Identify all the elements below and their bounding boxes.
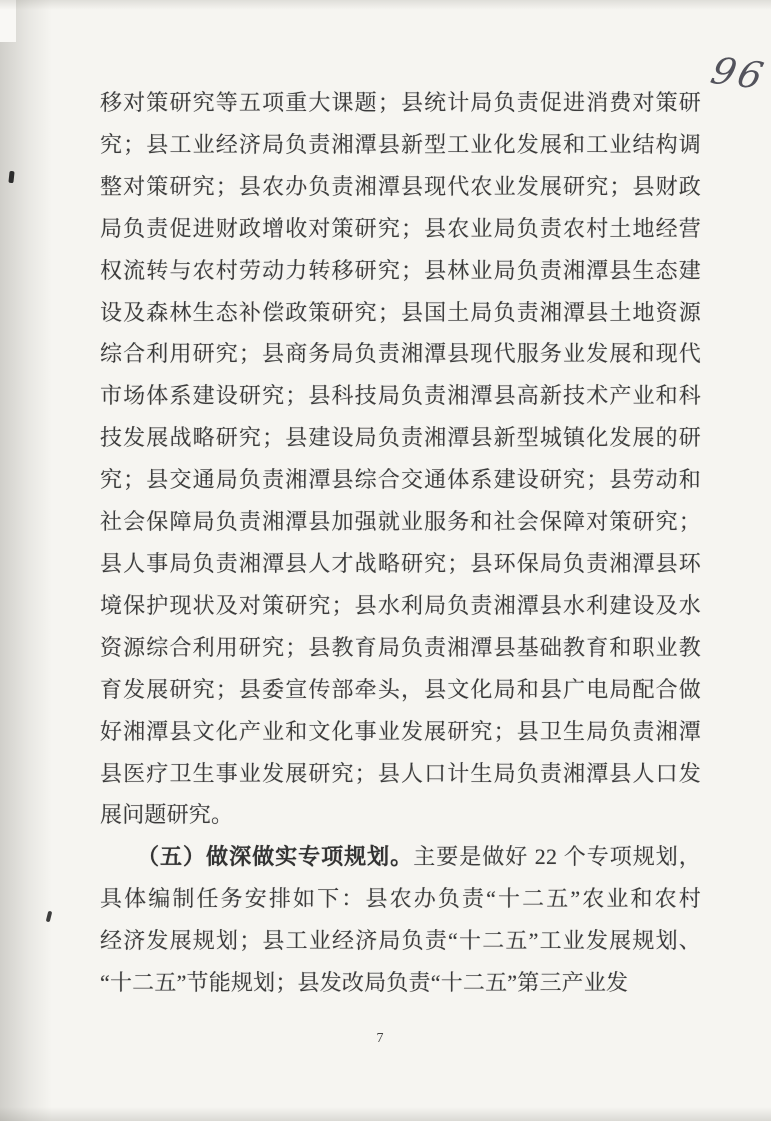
document-body: 移对策研究等五项重大课题；县统计局负责促进消费对策研究；县工业经济局负责湘潭县新… [100,82,701,1004]
paragraph-continuation: 移对策研究等五项重大课题；县统计局负责促进消费对策研究；县工业经济局负责湘潭县新… [100,82,701,836]
text-line: 具体编制任务安排如下：县农办负责“十二五”农业和农村 [100,878,701,920]
text-line: 展问题研究。 [100,794,701,836]
text-line: 县医疗卫生事业发展研究；县人口计生局负责湘潭县人口发 [100,753,701,795]
scan-artifact-mark [46,911,53,923]
scan-edge-shadow-top [0,0,771,10]
section-5-first-line: （五）做深做实专项规划。主要是做好 22 个专项规划， [100,836,701,878]
text-line: 整对策研究；县农办负责湘潭县现代农业发展研究；县财政 [100,166,701,208]
text-line: 育发展研究；县委宣传部牵头，县文化局和县广电局配合做 [100,669,701,711]
text-line: 县人事局负责湘潭县人才战略研究；县环保局负责湘潭县环 [100,543,701,585]
section-5-heading: （五）做深做实专项规划。 [137,844,413,869]
text-line: 社会保障局负责湘潭县加强就业服务和社会保障对策研究； [100,501,701,543]
text-line: 资源综合利用研究；县教育局负责湘潭县基础教育和职业教 [100,627,701,669]
text-line: 权流转与农村劳动力转移研究；县林业局负责湘潭县生态建 [100,250,701,292]
text-line: 综合利用研究；县商务局负责湘潭县现代服务业发展和现代 [100,333,701,375]
text-line: 经济发展规划；县工业经济局负责“十二五”工业发展规划、 [100,920,701,962]
text-line: 市场体系建设研究；县科技局负责湘潭县高新技术产业和科 [100,375,701,417]
handwritten-page-number: 96 [706,49,770,97]
paragraph-section-5: （五）做深做实专项规划。主要是做好 22 个专项规划， 具体编制任务安排如下：县… [100,836,701,1004]
text-line: 好湘潭县文化产业和文化事业发展研究；县卫生局负责湘潭 [100,711,701,753]
text-line: 技发展战略研究；县建设局负责湘潭县新型城镇化发展的研 [100,417,701,459]
text-line: 设及森林生态补偿政策研究；县国土局负责湘潭县土地资源 [100,292,701,334]
printed-page-number: 7 [100,1031,660,1047]
text-line: 移对策研究等五项重大课题；县统计局负责促进消费对策研 [100,82,701,124]
scanned-document-page: 96 移对策研究等五项重大课题；县统计局负责促进消费对策研究；县工业经济局负责湘… [0,0,771,1121]
text-line: 局负责促进财政增收对策研究；县农业局负责农村土地经营 [100,208,701,250]
section-5-first-line-text: 主要是做好 22 个专项规划， [413,844,701,869]
section-5-body: 具体编制任务安排如下：县农办负责“十二五”农业和农村经济发展规划；县工业经济局负… [100,878,701,1004]
text-line: “十二五”节能规划；县发改局负责“十二五”第三产业发 [100,962,701,1004]
text-line: 境保护现状及对策研究；县水利局负责湘潭县水利建设及水 [100,585,701,627]
text-line: 究；县工业经济局负责湘潭县新型工业化发展和工业结构调 [100,124,701,166]
scan-edge-shadow-left [0,0,52,1121]
text-line: 究；县交通局负责湘潭县综合交通体系建设研究；县劳动和 [100,459,701,501]
scan-artifact-mark [8,171,14,183]
scan-edge-shadow-bottom [0,1107,771,1121]
